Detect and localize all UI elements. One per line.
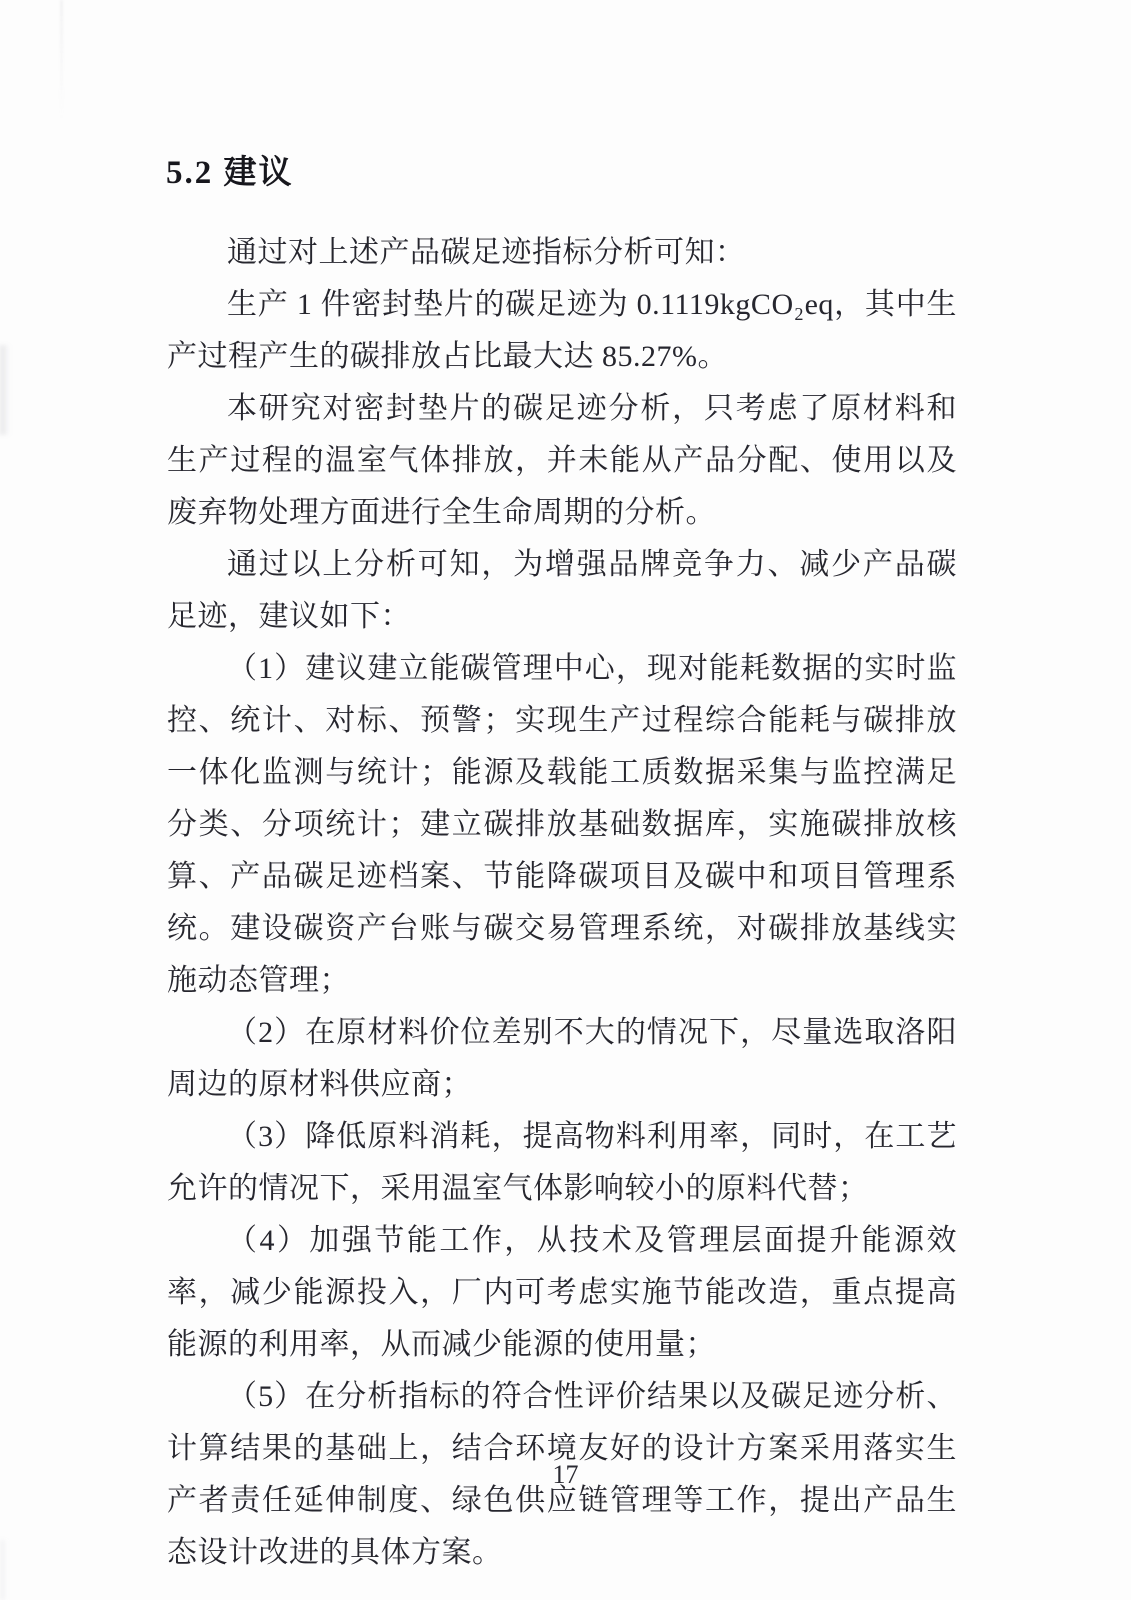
paragraph-intro: 通过对上述产品碳足迹指标分析可知： xyxy=(167,227,957,279)
paragraph-carbon-footprint-result: 生产 1 件密封垫片的碳足迹为 0.1119kgCO₂eq，其中生产过程产生的碳… xyxy=(167,279,957,383)
section-heading: 5.2 建议 xyxy=(166,146,294,193)
scan-artifact-left xyxy=(0,345,10,435)
paragraph-suggestions-lead-in: 通过以上分析可知，为增强品牌竞争力、减少产品碳足迹，建议如下： xyxy=(167,539,957,643)
suggestion-item-3: （3）降低原料消耗，提高物料利用率，同时，在工艺允许的情况下，采用温室气体影响较… xyxy=(167,1111,957,1215)
suggestion-item-1: （1）建议建立能碳管理中心，现对能耗数据的实时监控、统计、对标、预警；实现生产过… xyxy=(167,643,957,1007)
page-number: 17 xyxy=(0,1460,1131,1490)
scan-artifact-top-left xyxy=(60,0,63,120)
document-body: 通过对上述产品碳足迹指标分析可知： 生产 1 件密封垫片的碳足迹为 0.1119… xyxy=(167,227,957,1579)
suggestion-item-4: （4）加强节能工作，从技术及管理层面提升能源效率，减少能源投入，厂内可考虑实施节… xyxy=(167,1215,957,1371)
document-page: 5.2 建议 通过对上述产品碳足迹指标分析可知： 生产 1 件密封垫片的碳足迹为… xyxy=(0,0,1131,1600)
suggestion-item-2: （2）在原材料价位差别不大的情况下，尽量选取洛阳周边的原材料供应商； xyxy=(167,1007,957,1111)
scan-artifact-bottom-left xyxy=(0,1540,8,1600)
paragraph-study-scope: 本研究对密封垫片的碳足迹分析，只考虑了原材料和生产过程的温室气体排放，并未能从产… xyxy=(167,383,957,539)
